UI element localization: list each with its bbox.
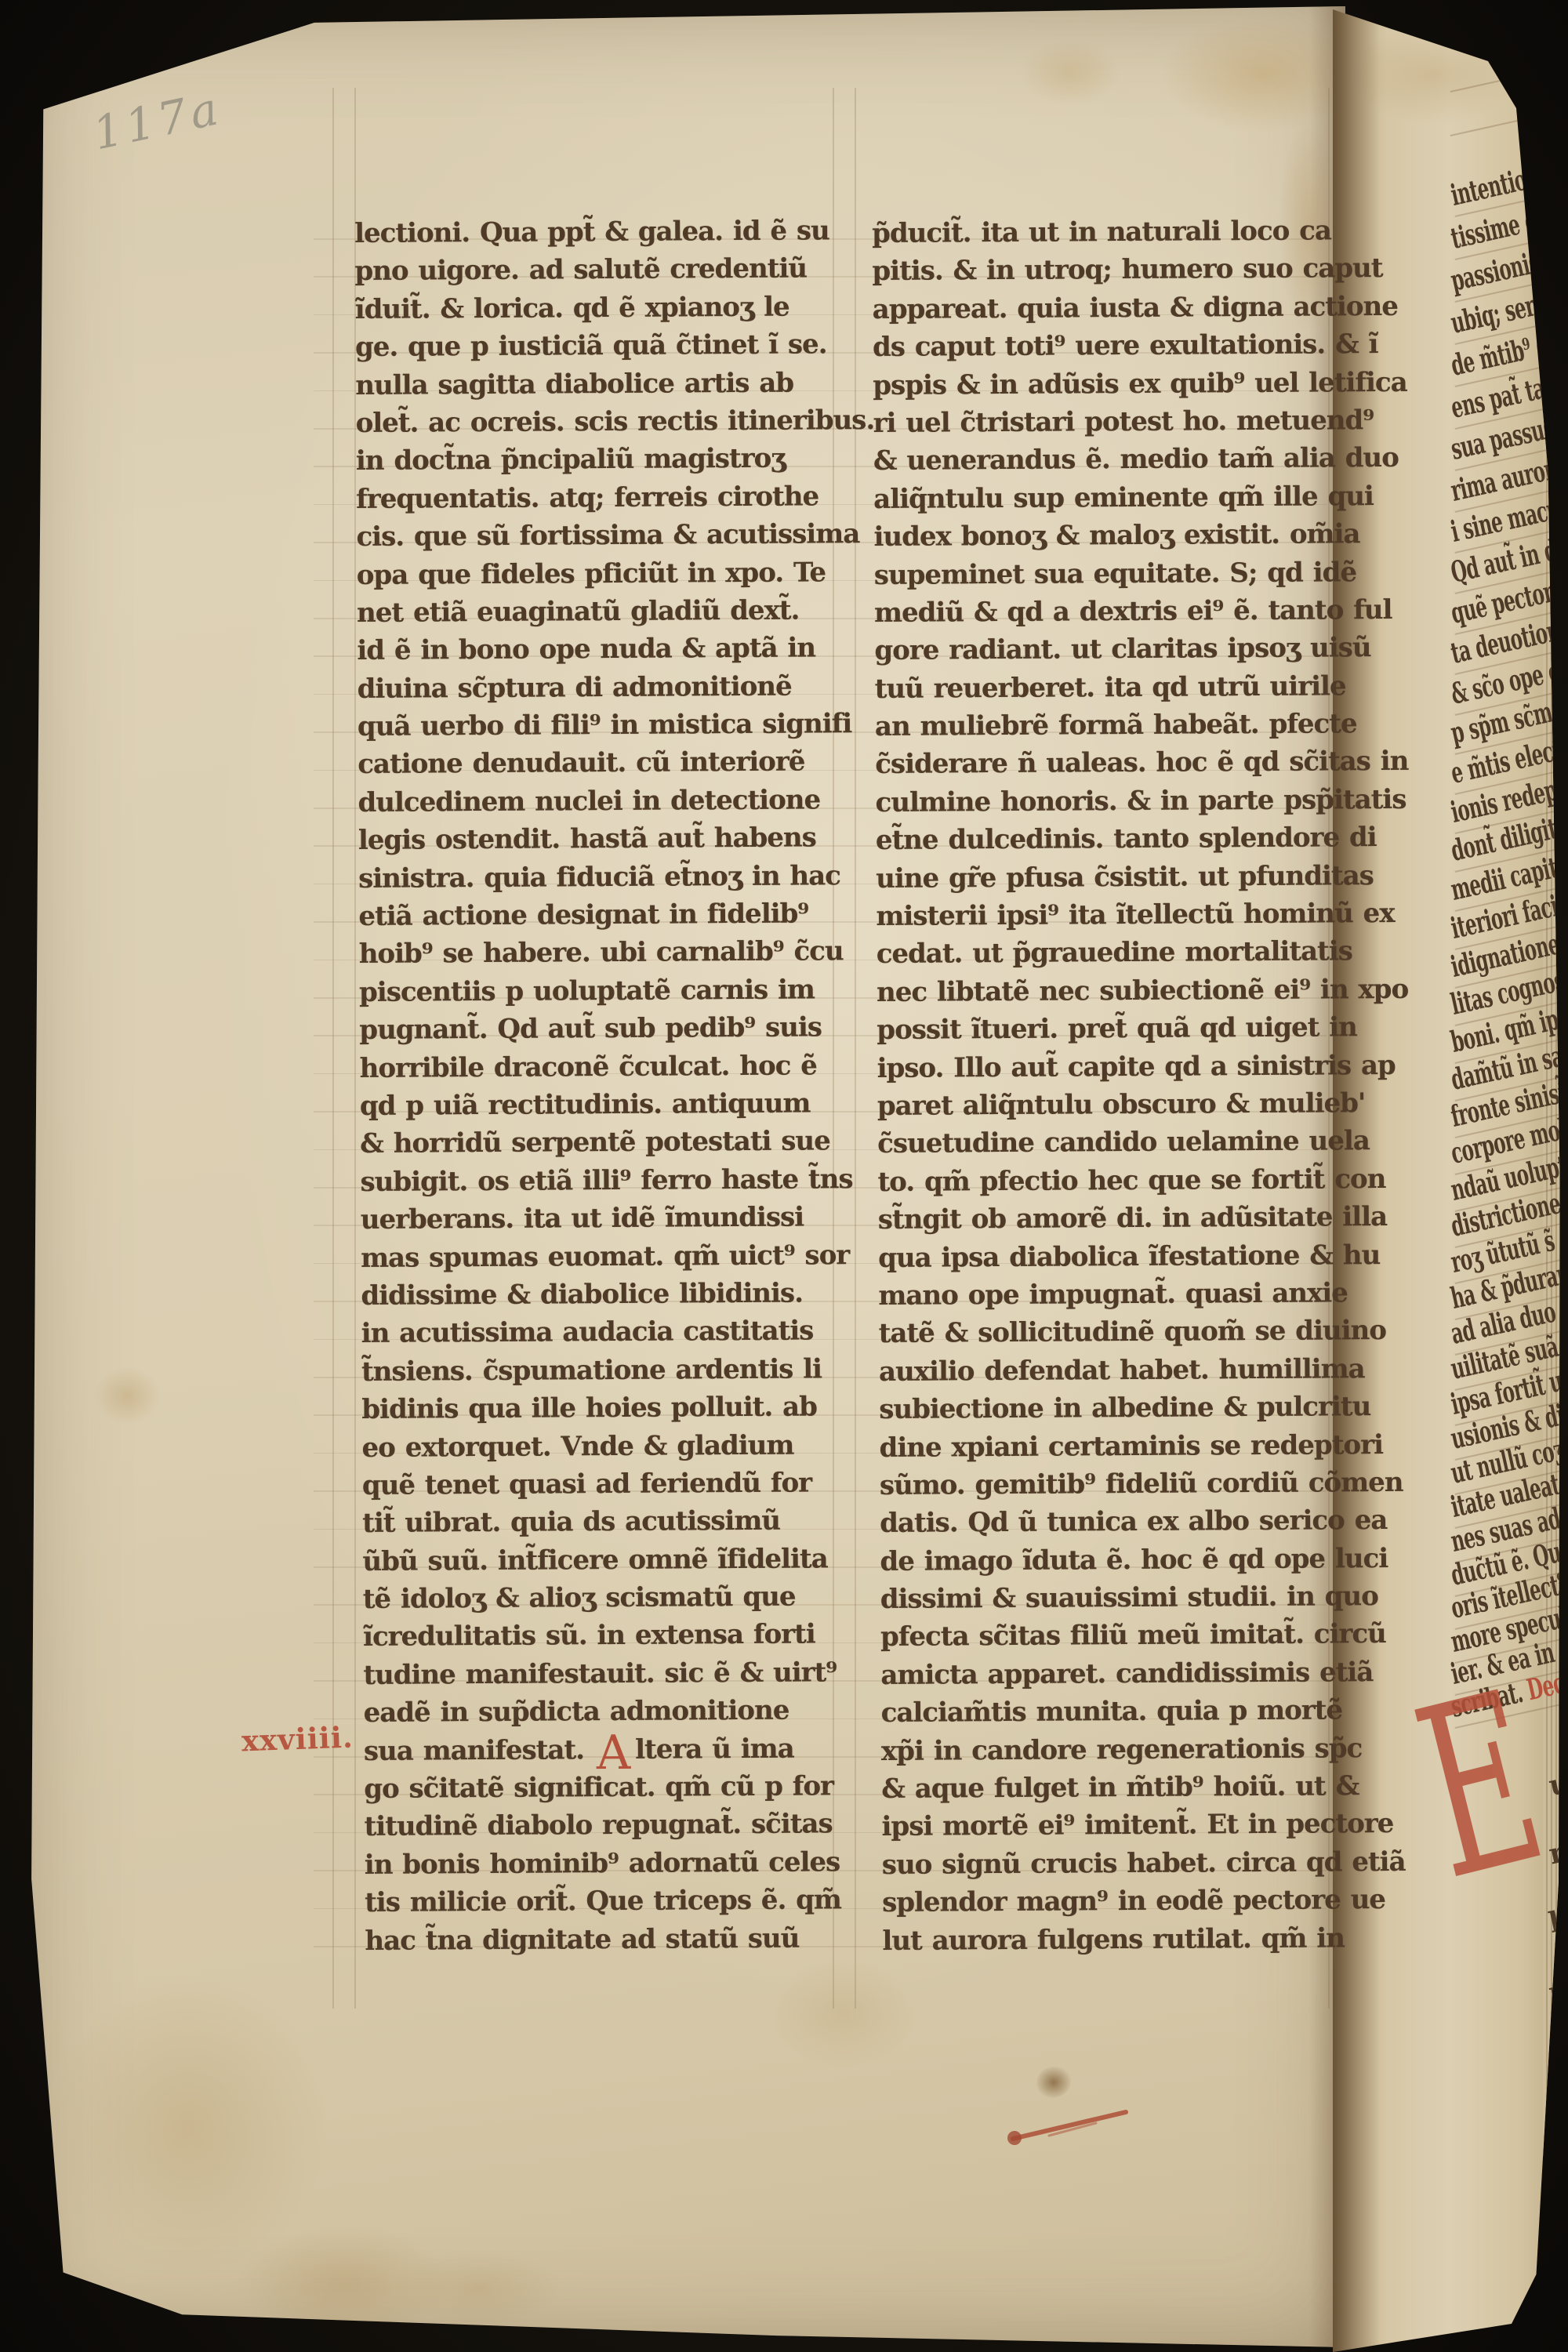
text-line: pitis. & in utroq; humero suo caput — [872, 250, 1342, 291]
text-line: st̃ngit ob amorẽ di. in adũsitate illa — [878, 1198, 1348, 1239]
text-line: mano ope impugnat̃. quasi anxie — [878, 1274, 1348, 1315]
text-line: catione denudauit. cũ interiorẽ — [358, 743, 836, 784]
text-line-fragment: intentione m̃tiũ — [1446, 143, 1568, 217]
text-line: bidinis qua ille hoies polluit. ab — [361, 1388, 840, 1428]
text-line: gore radiant. ut claritas ipsoʒ uisũ — [874, 630, 1345, 670]
text-line: et̃ne dulcedinis. tanto splendore di — [876, 819, 1346, 860]
text-column-left: lectioni. Qua ppt̃ & galea. id ẽ supno u… — [354, 212, 844, 1960]
text-line: c̃suetudine candido uelamine uela — [877, 1123, 1348, 1163]
text-line: ũbũ suũ. int̃ficere omnẽ ĩfidelita — [362, 1540, 840, 1581]
text-line: an muliebrẽ formã habeãt. pfecte — [875, 705, 1345, 746]
text-line: eo extorquet. Vnde & gladium — [361, 1426, 840, 1467]
text-line: mediũ & qd a dextris ei⁹ ẽ. tanto ful — [874, 591, 1345, 632]
stain — [235, 2225, 455, 2343]
text-line: in doct̃na p̃ncipaliũ magistroʒ — [356, 440, 834, 481]
text-line: supeminet sua equitate. S; qd idẽ — [874, 554, 1345, 594]
text-line: ds caput toti⁹ uere exultationis. & ĩ — [873, 326, 1343, 367]
text-line: possit ĩtueri. pret̃ quã qd uiget in — [877, 1009, 1347, 1050]
text-line: dissimi & suauissimi studii. in quo — [880, 1577, 1351, 1618]
text-line: p̃ducit̃. ita ut in naturali loco ca — [872, 212, 1342, 252]
text-line: subigit. os etiã illi⁹ ferro haste t̃ns — [360, 1160, 838, 1201]
text-line: tis milicie orit̃. Que triceps ẽ. qm̃ — [365, 1881, 843, 1922]
text-line: nec libtatẽ nec subiectionẽ ei⁹ in xpo — [877, 971, 1347, 1011]
stain — [768, 1958, 917, 2068]
text-line: tẽ idoloʒ & alioʒ scismatũ que — [363, 1577, 841, 1618]
text-line: ge. que p iusticiã quã c̃tinet ĩ se. — [355, 325, 833, 366]
text-line: pno uigore. ad salutẽ credentiũ — [354, 250, 833, 291]
text-line: suo signũ crucis habet. circa qd etiã — [882, 1843, 1352, 1884]
ruling-line — [1450, 94, 1568, 136]
stain — [1019, 39, 1121, 106]
chapter-marginal: xxviiii. — [241, 1720, 354, 1759]
text-line: nulla sagitta diabolice artis ab — [355, 364, 833, 405]
text-line: uerberans. ita ut idẽ ĩmundissi — [361, 1198, 839, 1239]
text-line: ipsi mortẽ ei⁹ imitent̃. Et in pectore — [881, 1806, 1352, 1846]
text-line: datis. Qd ũ tunica ex albo serico ea — [880, 1502, 1350, 1543]
text-line: tit̃ uibrat. quia ds acutissimũ — [362, 1502, 840, 1543]
text-line: hac t̃na dignitate ad statũ suũ — [365, 1919, 843, 1960]
stain — [392, 2249, 564, 2327]
text-line: iudex bonoʒ & maloʒ existit. om̃ia — [873, 515, 1344, 556]
text-line: in bonis hominib⁹ adornatũ celes — [365, 1843, 843, 1884]
text-line: ĩduit̃. & lorica. qd ẽ xpianoʒ le — [355, 288, 833, 328]
red-pen-mark — [1002, 2103, 1143, 2150]
text-line: tatẽ & sollicitudinẽ quom̃ se diuino — [879, 1312, 1349, 1353]
text-line: diuina sc̃ptura di admonitionẽ — [358, 667, 836, 708]
text-line: t̃nsiens. c̃spumatione ardentis li — [361, 1350, 840, 1391]
vertical-ruling — [855, 88, 856, 2009]
text-line: titudinẽ diabolo repugnat̃. sc̃itas — [364, 1806, 842, 1846]
text-line: calciam̃tis munita. quia p mortẽ — [881, 1692, 1352, 1733]
text-line: tuũ reuerberet. ita qd utrũ uirile — [875, 667, 1345, 708]
text-line: misterii ipsi⁹ ita ĩtellectũ hominũ ex — [876, 895, 1346, 935]
text-column-right: p̃ducit̃. ita ut in naturali loco capiti… — [872, 212, 1353, 1960]
text-line: net etiã euaginatũ gladiũ dext̃. — [357, 591, 835, 632]
ruling-line — [1450, 50, 1568, 93]
text-line: pspis & in adũsis ex quib⁹ uel letifica — [873, 364, 1343, 405]
text-line: appareat. quia iusta & digna actione — [873, 288, 1343, 328]
text-line: dine xpiani certaminis se redeptori — [879, 1426, 1349, 1467]
text-line: quã uerbo di fili⁹ in mistica signifi — [358, 705, 836, 746]
text-line: cedat. ut p̃grauedine mortalitatis — [877, 933, 1347, 974]
text-line: qd p uiã rectitudinis. antiquum — [360, 1084, 838, 1125]
text-line: culmine honoris. & in parte psp̃itatis — [875, 781, 1345, 822]
text-line: c̃siderare ñ ualeas. hoc ẽ qd sc̃itas in — [875, 743, 1345, 784]
text-line: olet̃. ac ocreis. scis rectis itineribus… — [355, 401, 833, 442]
text-line: sũmo. gemitib⁹ fideliũ cordiũ cõmen — [880, 1464, 1350, 1504]
text-line: etiã actione designat in fidelib⁹ — [358, 895, 837, 935]
text-line: id ẽ in bono ope nuda & aptã in — [357, 630, 835, 670]
text-line: to. qm̃ pfectio hec que se fortit̃ con — [877, 1160, 1348, 1201]
text-line: lut aurora fulgens rutilat. qm̃ in — [882, 1919, 1352, 1960]
text-line: & aque fulget in m̃tib⁹ hoiũ. ut & — [881, 1767, 1352, 1808]
text-line: ri uel c̃tristari potest ho. metuend⁹ — [873, 401, 1343, 442]
text-line: & uenerandus ẽ. medio tam̃ alia duo — [873, 440, 1344, 481]
text-line: aliq̃ntulu sup eminente qm̃ ille qui — [873, 477, 1344, 518]
edge-letter-fragment: n — [1546, 2042, 1568, 2079]
text-line: lectioni. Qua ppt̃ & galea. id ẽ su — [354, 212, 833, 252]
text-line: xp̃i in candore regenerationis sp̃c — [881, 1730, 1352, 1770]
ink-blot — [1036, 2067, 1071, 2098]
text-line: dulcedinem nuclei in detectione — [358, 781, 836, 822]
text-line: qua ipsa diabolica ĩfestatione & hu — [878, 1236, 1348, 1277]
stain — [94, 1367, 161, 1425]
text-line: sua manifestat. Altera ũ ima — [364, 1730, 842, 1770]
stain — [47, 1974, 329, 2280]
text-line: go sc̃itatẽ significat. qm̃ cũ p for — [364, 1767, 842, 1808]
text-line: & horridũ serpentẽ potestati sue — [360, 1123, 838, 1163]
text-line: opa que fideles pficiũt in xpo. Te — [357, 554, 835, 594]
text-line: sinistra. quia fiduciã et̃noʒ in hac — [358, 857, 837, 898]
text-line: in acutissima audacia castitatis — [361, 1312, 840, 1353]
manuscript-photo: intentione m̃tiũtissime cõplectempassion… — [0, 0, 1568, 2352]
text-line: auxilio defendat habet. humillima — [879, 1350, 1349, 1391]
text-line: paret aliq̃ntulu obscuro & mulieb' — [877, 1084, 1348, 1125]
text-line: amicta apparet. candidissimis etiã — [880, 1653, 1351, 1694]
text-line: uine gr̃e pfusa c̃sistit. ut pfunditas — [876, 857, 1346, 898]
text-line: de imago ĩduta ẽ. hoc ẽ qd ope luci — [880, 1540, 1350, 1581]
text-line: piscentiis p uoluptatẽ carnis im — [359, 971, 837, 1011]
text-line: horribile draconẽ c̃culcat. hoc ẽ — [360, 1047, 838, 1087]
text-line: cis. que sũ fortissima & acutissima — [356, 515, 834, 556]
text-line: ipso. Illo aut̃ capite qd a sinistris ap — [877, 1047, 1348, 1087]
text-line: pugnant̃. Qd aut̃ sub pedib⁹ suis — [359, 1008, 837, 1049]
text-line: pfecta sc̃itas filiũ meũ imitat̃. circũ — [880, 1616, 1351, 1657]
text-line: splendor magn⁹ in eodẽ pectore ue — [882, 1881, 1352, 1922]
text-line: ĩcredulitatis sũ. in extensa forti — [363, 1616, 841, 1657]
text-line: mas spumas euomat. qm̃ uict⁹ sor — [361, 1236, 839, 1277]
text-line: tudine manifestauit. sic ẽ & uirt⁹ — [363, 1653, 841, 1694]
text-line: quẽ tenet quasi ad feriendũ for — [362, 1464, 840, 1504]
text-line: didissime & diabolice libidinis. — [361, 1274, 839, 1315]
text-line: hoib⁹ se habere. ubi carnalib⁹ c̃cu — [359, 933, 837, 974]
text-line: subiectione in albedine & pulcritu — [879, 1388, 1349, 1428]
text-line: legis ostendit. hastã aut̃ habens — [358, 819, 837, 860]
text-line: frequentatis. atq; ferreis cirothe — [356, 477, 834, 518]
